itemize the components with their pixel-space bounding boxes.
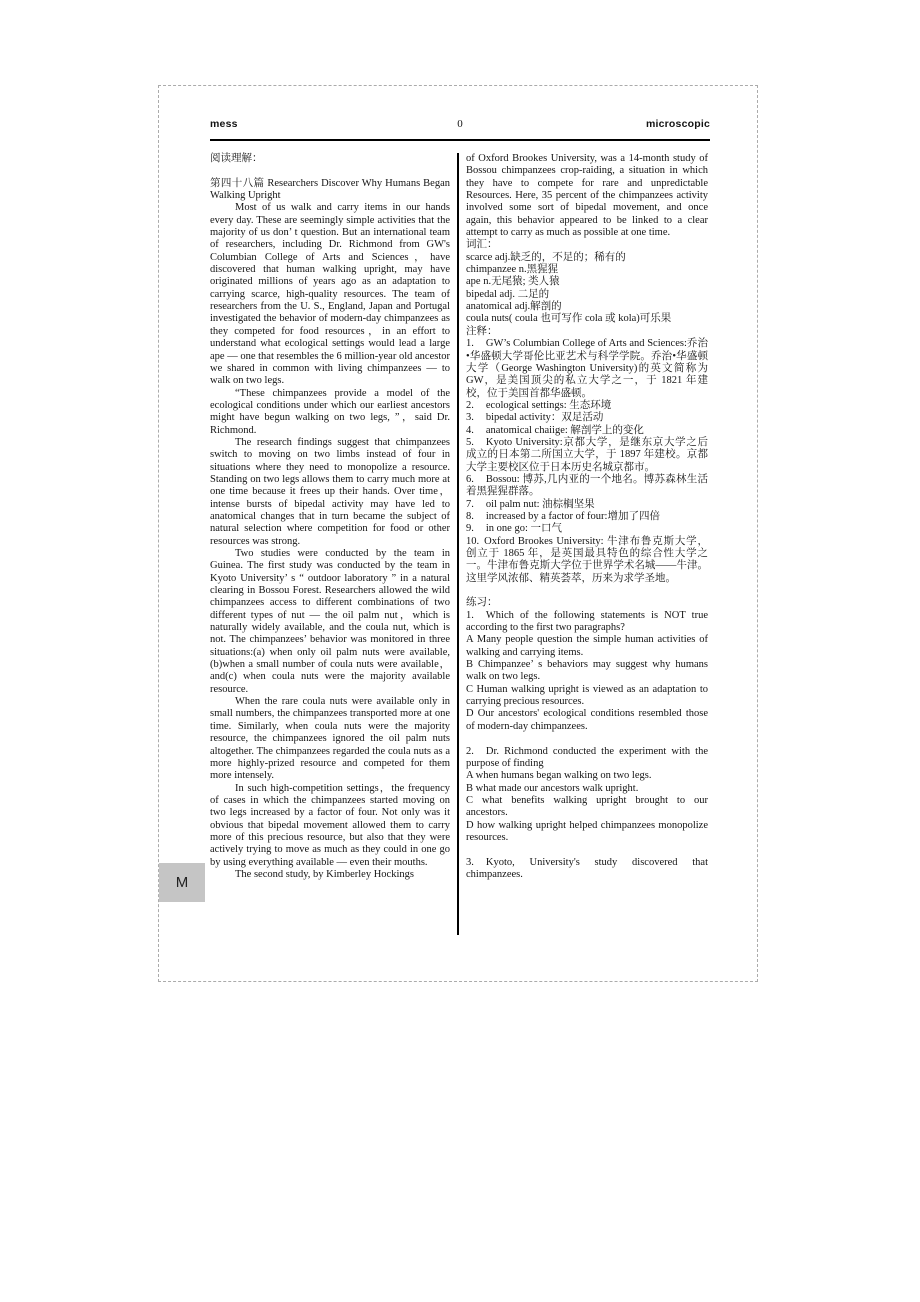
- vocab-item: scarce adj.缺乏的，不足的；稀有的: [466, 252, 708, 264]
- note-text: bipedal activity：双足活动: [486, 412, 604, 423]
- right-column: of Oxford Brookes University, was a 14-m…: [466, 153, 708, 881]
- passage-paragraph: “These chimpanzees provide a model of th…: [210, 388, 450, 437]
- passage-title: 第四十八篇 Researchers Discover Why Humans Be…: [210, 178, 450, 203]
- note-item: 1.GW’s Columbian College of Arts and Sci…: [466, 338, 708, 400]
- note-text: oil palm nut: 油棕榈坚果: [486, 499, 595, 510]
- passage-paragraph: The research findings suggest that chimp…: [210, 437, 450, 548]
- header-right-text: microscopic: [543, 118, 710, 130]
- question-number: 3.: [466, 857, 474, 868]
- question-number: 1.: [466, 610, 474, 621]
- passage-paragraph: In such high-competition settings，the fr…: [210, 783, 450, 869]
- passage-paragraph: When the rare coula nuts were available …: [210, 696, 450, 782]
- note-number: 5.: [466, 437, 474, 448]
- spacer: [210, 165, 450, 177]
- question-option: C Human walking upright is viewed as an …: [466, 684, 708, 709]
- note-number: 7.: [466, 499, 474, 510]
- column-divider: [457, 153, 459, 935]
- question-option: C what benefits walking upright brought …: [466, 795, 708, 820]
- question-text: Dr. Richmond conducted the experiment wi…: [466, 746, 708, 769]
- question-option: A when humans began walking on two legs.: [466, 770, 708, 782]
- header-rule: [210, 139, 710, 141]
- exercise-label: 练习：: [466, 597, 708, 609]
- question-stem: 3.Kyoto, University's study discovered t…: [466, 857, 708, 882]
- passage-continuation: of Oxford Brookes University, was a 14-m…: [466, 153, 708, 239]
- note-item: 6.Bossou: 博苏,几内亚的一个地名。博苏森林生活着黑猩猩群落。: [466, 474, 708, 499]
- note-item: 7.oil palm nut: 油棕榈坚果: [466, 499, 708, 511]
- question-stem: 2.Dr. Richmond conducted the experiment …: [466, 746, 708, 771]
- note-number: 2.: [466, 400, 474, 411]
- left-column: 阅读理解： 第四十八篇 Researchers Discover Why Hum…: [210, 153, 450, 881]
- note-number: 9.: [466, 523, 474, 534]
- note-text: Oxford Brookes University: 牛津布鲁克斯大学，创立于 …: [466, 536, 708, 584]
- note-item: 9.in one go: 一口气: [466, 523, 708, 535]
- note-number: 6.: [466, 474, 474, 485]
- note-number: 4.: [466, 425, 474, 436]
- note-text: anatomical chaiige: 解剖学上的变化: [486, 425, 644, 436]
- header-left-text: mess: [210, 118, 377, 130]
- page-number: 0: [377, 118, 544, 130]
- question-text: Which of the following statements is NOT…: [466, 610, 708, 633]
- note-number: 8.: [466, 511, 474, 522]
- question-stem: 1.Which of the following statements is N…: [466, 610, 708, 635]
- note-text: Kyoto University:京都大学，是继东京大学之后成立的日本第二所国立…: [466, 437, 708, 473]
- question-text: Kyoto, University's study discovered tha…: [466, 857, 708, 880]
- note-text: in one go: 一口气: [486, 523, 562, 534]
- question-option: D Our ancestors' ecological conditions r…: [466, 708, 708, 733]
- vocab-label: 词汇：: [466, 239, 708, 251]
- passage-paragraph: The second study, by Kimberley Hockings: [210, 869, 450, 881]
- vocab-item: ape n.无尾猿; 类人猿: [466, 276, 708, 288]
- note-item: 4.anatomical chaiige: 解剖学上的变化: [466, 425, 708, 437]
- note-text: Bossou: 博苏,几内亚的一个地名。博苏森林生活着黑猩猩群落。: [466, 474, 708, 497]
- spacer: [466, 733, 708, 745]
- note-item: 10.Oxford Brookes University: 牛津布鲁克斯大学，创…: [466, 536, 708, 585]
- vocab-item: bipedal adj. 二足的: [466, 289, 708, 301]
- note-item: 3.bipedal activity：双足活动: [466, 412, 708, 424]
- note-item: 8.increased by a factor of four:增加了四倍: [466, 511, 708, 523]
- note-item: 5.Kyoto University:京都大学，是继东京大学之后成立的日本第二所…: [466, 437, 708, 474]
- vocab-item: chimpanzee n.黑猩猩: [466, 264, 708, 276]
- side-marker: M: [159, 863, 205, 902]
- note-text: ecological settings: 生态环境: [486, 400, 611, 411]
- page-header: mess 0 microscopic: [210, 118, 710, 134]
- question-number: 2.: [466, 746, 474, 757]
- notes-label: 注释：: [466, 326, 708, 338]
- question-option: B Chimpanzee’ s behaviors may suggest wh…: [466, 659, 708, 684]
- question-option: B what made our ancestors walk upright.: [466, 783, 708, 795]
- note-number: 3.: [466, 412, 474, 423]
- spacer: [466, 844, 708, 856]
- vocab-item: coula nuts( coula 也可写作 cola 或 kola)可乐果: [466, 313, 708, 325]
- reading-section-label: 阅读理解：: [210, 153, 450, 165]
- note-text: GW’s Columbian College of Arts and Scien…: [466, 338, 708, 398]
- passage-paragraph: Most of us walk and carry items in our h…: [210, 202, 450, 387]
- question-option: A Many people question the simple human …: [466, 634, 708, 659]
- passage-paragraph: Two studies were conducted by the team i…: [210, 548, 450, 696]
- note-number: 10.: [466, 536, 479, 547]
- vocab-item: anatomical adj.解剖的: [466, 301, 708, 313]
- question-option: D how walking upright helped chimpanzees…: [466, 820, 708, 845]
- spacer: [466, 585, 708, 597]
- note-item: 2.ecological settings: 生态环境: [466, 400, 708, 412]
- note-text: increased by a factor of four:增加了四倍: [486, 511, 660, 522]
- note-number: 1.: [466, 338, 474, 349]
